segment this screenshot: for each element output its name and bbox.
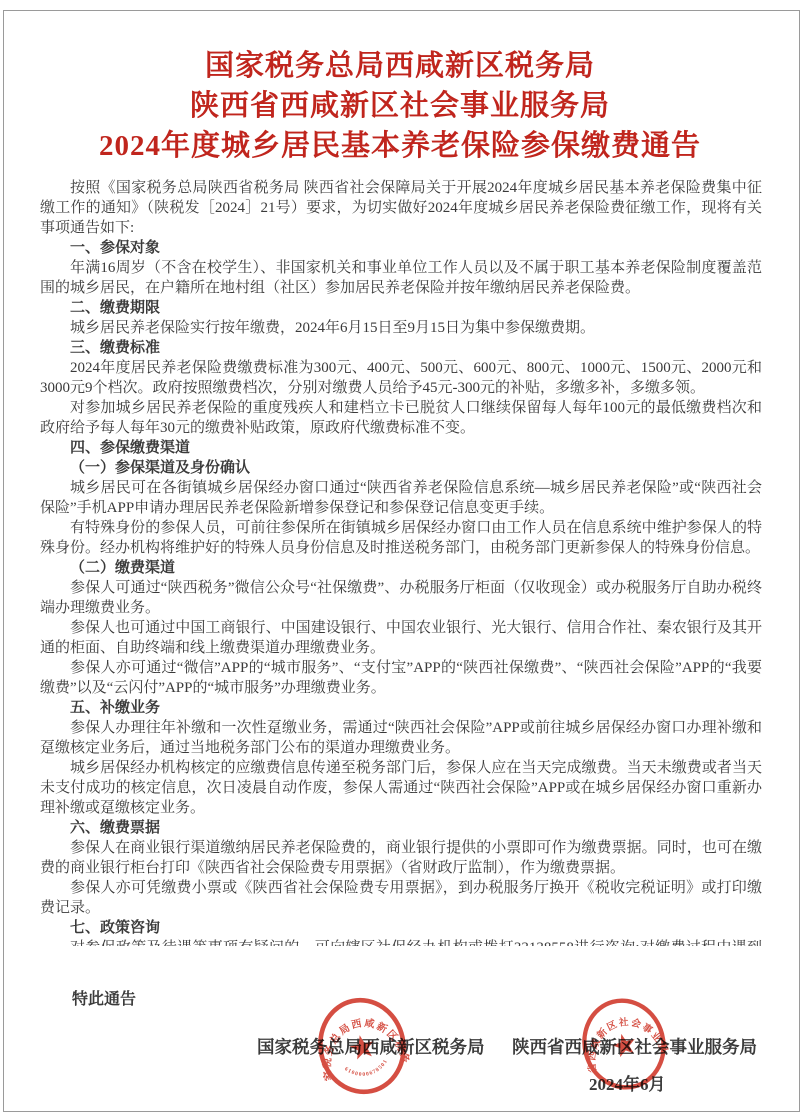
title-line-issuer-social: 陕西省西咸新区社会事业服务局 — [0, 86, 800, 126]
title-line-subject: 2024年度城乡居民基本养老保险参保缴费通告 — [0, 126, 800, 166]
paragraph: 四、参保缴费渠道 — [40, 438, 762, 458]
paragraph: 2024年度居民养老保险费缴费标准为300元、400元、500元、600元、80… — [40, 358, 762, 398]
notice-page: 国家税务总局西咸新区税务局 陕西省西咸新区社会事业服务局 2024年度城乡居民基… — [0, 0, 800, 1120]
paragraph: 城乡居民可在各街镇城乡居保经办窗口通过“陕西省养老保险信息系统—城乡居民养老保险… — [40, 478, 762, 518]
paragraph: 参保人可通过“陕西税务”微信公众号“社保缴费”、办税服务厅柜面（仅收现金）或办税… — [40, 578, 762, 618]
paragraph: 对参加城乡居民养老保险的重度残疾人和建档立卡已脱贫人口继续保留每人每年100元的… — [40, 398, 762, 438]
paragraph: 一、参保对象 — [40, 238, 762, 258]
document-body: 按照《国家税务总局陕西省税务局 陕西省社会保障局关于开展2024年度城乡居民基本… — [40, 178, 762, 946]
seal-star-icon — [610, 1031, 638, 1058]
paragraph: 城乡居保经办机构核定的应缴费信息传递至税务部门后，参保人应在当天完成缴费。当天未… — [40, 758, 762, 818]
paragraph: 七、政策咨询 — [40, 918, 762, 938]
paragraph: 参保人也可通过中国工商银行、中国建设银行、中国农业银行、光大银行、信用合作社、秦… — [40, 618, 762, 658]
paragraph: （二）缴费渠道 — [40, 558, 762, 578]
paragraph: 城乡居民养老保险实行按年缴费，2024年6月15日至9月15日为集中参保缴费期。 — [40, 318, 762, 338]
paragraph: （一）参保渠道及身份确认 — [40, 458, 762, 478]
paragraph: 二、缴费期限 — [40, 298, 762, 318]
paragraph: 有特殊身份的参保人员，可前往参保所在街镇城乡居保经办窗口由工作人员在信息系统中维… — [40, 518, 762, 558]
paragraph: 参保人亦可凭缴费小票或《陕西省社会保险费专用票据》，到办税服务厅换开《税收完税证… — [40, 878, 762, 918]
svg-text:6100000678501: 6100000678501 — [342, 1057, 391, 1082]
seal-star-icon — [348, 1033, 377, 1061]
paragraph: 参保人办理往年补缴和一次性趸缴业务，需通过“陕西社会保险”APP或前往城乡居保经… — [40, 718, 762, 758]
paragraph: 参保人亦可通过“微信”APP的“城市服务”、“支付宝”APP的“陕西社保缴费”、… — [40, 658, 762, 698]
paragraph: 五、补缴业务 — [40, 698, 762, 718]
paragraph: 三、缴费标准 — [40, 338, 762, 358]
official-seal-tax-bureau: 国家税务总局西咸新区税务局 6100000678501 — [306, 986, 418, 1107]
title-line-issuer-tax: 国家税务总局西咸新区税务局 — [0, 46, 800, 86]
closing-statement: 特此通告 — [72, 986, 136, 1009]
paragraph: 六、缴费票据 — [40, 818, 762, 838]
paragraph: 年满16周岁（不含在校学生）、非国家机关和事业单位工作人员以及不属于职工基本养老… — [40, 258, 762, 298]
paragraph: 对参保政策及待遇等事项有疑问的，可向辖区社保经办机构或拨打33138558进行咨… — [40, 938, 762, 946]
paragraph: 按照《国家税务总局陕西省税务局 陕西省社会保障局关于开展2024年度城乡居民基本… — [40, 178, 762, 238]
seal-graphic: 国家税务总局西咸新区税务局 6100000678501 — [306, 986, 418, 1107]
seal-code: 6100000678501 — [342, 1057, 391, 1082]
document-title: 国家税务总局西咸新区税务局 陕西省西咸新区社会事业服务局 2024年度城乡居民基… — [0, 46, 800, 166]
paragraph: 参保人在商业银行渠道缴纳居民养老保险费的，商业银行提供的小票即可作为缴费票据。同… — [40, 838, 762, 878]
